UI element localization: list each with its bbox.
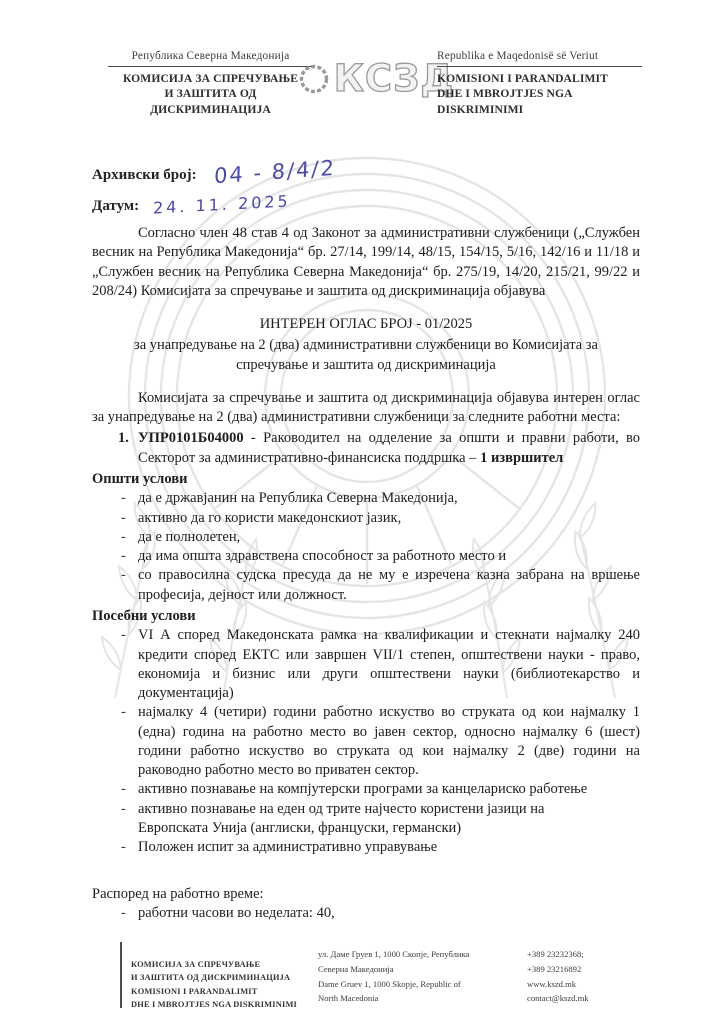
letterhead-macedonian: Република Северна Македонија КОМИСИЈА ЗА…: [108, 50, 313, 117]
document-body: Согласно член 48 став 4 од Законот за ад…: [92, 224, 640, 923]
footer-org-block: КОМИСИЈА ЗА СПРЕЧУВАЊЕИ ЗАШТИТА ОД ДИСКР…: [131, 958, 297, 1012]
intro-paragraph: Согласно член 48 став 4 од Законот за ад…: [92, 224, 640, 301]
kszd-logo: КСЗД: [313, 50, 437, 97]
footer-vertical-rule: [120, 942, 122, 1008]
special-conditions-list: - VI А според Македонската рамка на квал…: [92, 626, 640, 857]
document-page: Република Северна Македонија КОМИСИЈА ЗА…: [0, 0, 727, 1024]
footer-address-line: ул. Даме Груев 1, 1000 Скопје, Република: [318, 947, 469, 962]
bullet-dash: -: [121, 800, 126, 819]
position-text: УПР0101Б04000 - Раководител на одделение…: [138, 429, 640, 468]
letterhead-albanian: Republika e Maqedonisë së Veriut KOMISIO…: [437, 50, 642, 117]
footer-contact-line: +389 23232368;: [527, 947, 589, 962]
position-item: 1. УПР0101Б04000 - Раководител на одделе…: [92, 429, 640, 468]
country-name-mk: Република Северна Македонија: [108, 50, 313, 66]
general-conditions-heading: Општи услови: [92, 470, 640, 489]
document-meta: Архивски број: 04 - 8/4/2 Датум: 24. 11.…: [92, 155, 336, 219]
bullet-dash: -: [121, 528, 126, 547]
general-conditions-list: - да е државјанин на Република Северна М…: [92, 489, 640, 605]
title-line-2: за унапредување на 2 (два) административ…: [92, 335, 640, 356]
bullet-dash: -: [121, 509, 126, 528]
special-conditions-heading: Посебни услови: [92, 607, 640, 626]
date-handwritten: 24. 11. 2025: [153, 187, 291, 221]
bullet-dash: -: [121, 489, 126, 508]
special-condition-item: - најмалку 4 (четири) години работно иск…: [92, 703, 640, 780]
date-label: Датум:: [92, 198, 139, 214]
date-row: Датум: 24. 11. 2025: [92, 191, 336, 220]
archive-number-row: Архивски број: 04 - 8/4/2: [92, 155, 336, 191]
footer-contact-block: +389 23232368;+389 23216892www.kszd.mkco…: [527, 947, 589, 1006]
bullet-dash: -: [121, 547, 126, 566]
position-count: 1 извршител: [480, 450, 563, 466]
schedule-heading: Распоред на работно време:: [92, 885, 640, 904]
archive-number-label: Архивски број:: [92, 167, 197, 183]
special-condition-item: - активно познавање на компјутерски прог…: [92, 780, 640, 799]
org-name-mk-line1: КОМИСИЈА ЗА СПРЕЧУВАЊЕ: [108, 71, 313, 86]
bullet-dash: -: [121, 626, 126, 645]
footer-contact-line: www.kszd.mk: [527, 977, 589, 992]
footer-org-line: КОМИСИЈА ЗА СПРЕЧУВАЊЕ: [131, 958, 297, 971]
header-divider: [437, 66, 642, 67]
org-name-sq-line2: DHE I MBROJTJES NGA DISKRIMINIMI: [437, 86, 642, 117]
bullet-dash: -: [121, 780, 126, 799]
footer-org-line: И ЗАШТИТА ОД ДИСКРИМИНАЦИЈА: [131, 971, 297, 984]
org-name-mk-line2: И ЗАШТИТА ОД ДИСКРИМИНАЦИЈА: [108, 86, 313, 117]
bullet-dash: -: [121, 566, 126, 585]
kszd-logo-circle-icon: [296, 61, 332, 97]
special-condition-item: - Положен испит за административно управ…: [92, 838, 640, 857]
footer-org-line: KOMISIONI I PARANDALIMIT: [131, 985, 297, 998]
general-condition-item: - да е полнолетен,: [92, 528, 640, 547]
general-condition-item: - да има општа здравствена способност за…: [92, 547, 640, 566]
footer-contact-line: +389 23216892: [527, 962, 589, 977]
footer-address-line: Северна Македонија: [318, 962, 469, 977]
footer-address-block: ул. Даме Груев 1, 1000 Скопје, Република…: [318, 947, 469, 1006]
general-condition-item: - активно да го користи македонскиот јаз…: [92, 509, 640, 528]
bullet-dash: -: [121, 904, 126, 923]
org-name-sq-line1: KOMISIONI I PARANDALIMIT: [437, 71, 642, 86]
header-divider: [108, 66, 313, 67]
schedule-item: - работни часови во неделата: 40,: [92, 904, 640, 923]
announce-paragraph: Комисијата за спречување и заштита од ди…: [92, 389, 640, 428]
position-number: 1.: [118, 429, 129, 448]
general-condition-item: - да е државјанин на Република Северна М…: [92, 489, 640, 508]
footer-address-line: North Macedonia: [318, 991, 469, 1006]
country-name-sq: Republika e Maqedonisë së Veriut: [437, 50, 642, 66]
bullet-dash: -: [121, 838, 126, 857]
general-condition-item: - со правосилна судска пресуда да не му …: [92, 566, 640, 605]
letterhead: Република Северна Македонија КОМИСИЈА ЗА…: [108, 50, 642, 117]
title-line-1: ИНТЕРЕН ОГЛАС БРОЈ - 01/2025: [92, 314, 640, 335]
footer-contact-line: contact@kszd.mk: [527, 991, 589, 1006]
bullet-dash: -: [121, 703, 126, 722]
special-condition-item: - активно познавање на еден од трите нај…: [92, 800, 640, 839]
footer-org-line: DHE I MBROJTJES NGA DISKRIMINIMI: [131, 998, 297, 1011]
position-code: УПР0101Б04000: [138, 430, 244, 446]
announcement-title: ИНТЕРЕН ОГЛАС БРОЈ - 01/2025 за унапреду…: [92, 314, 640, 376]
special-condition-item: - VI А според Македонската рамка на квал…: [92, 626, 640, 703]
title-line-3: спречување и заштита од дискриминација: [92, 355, 640, 376]
footer-address-line: Dame Gruev 1, 1000 Skopje, Republic of: [318, 977, 469, 992]
schedule-list: - работни часови во неделата: 40,: [92, 904, 640, 923]
